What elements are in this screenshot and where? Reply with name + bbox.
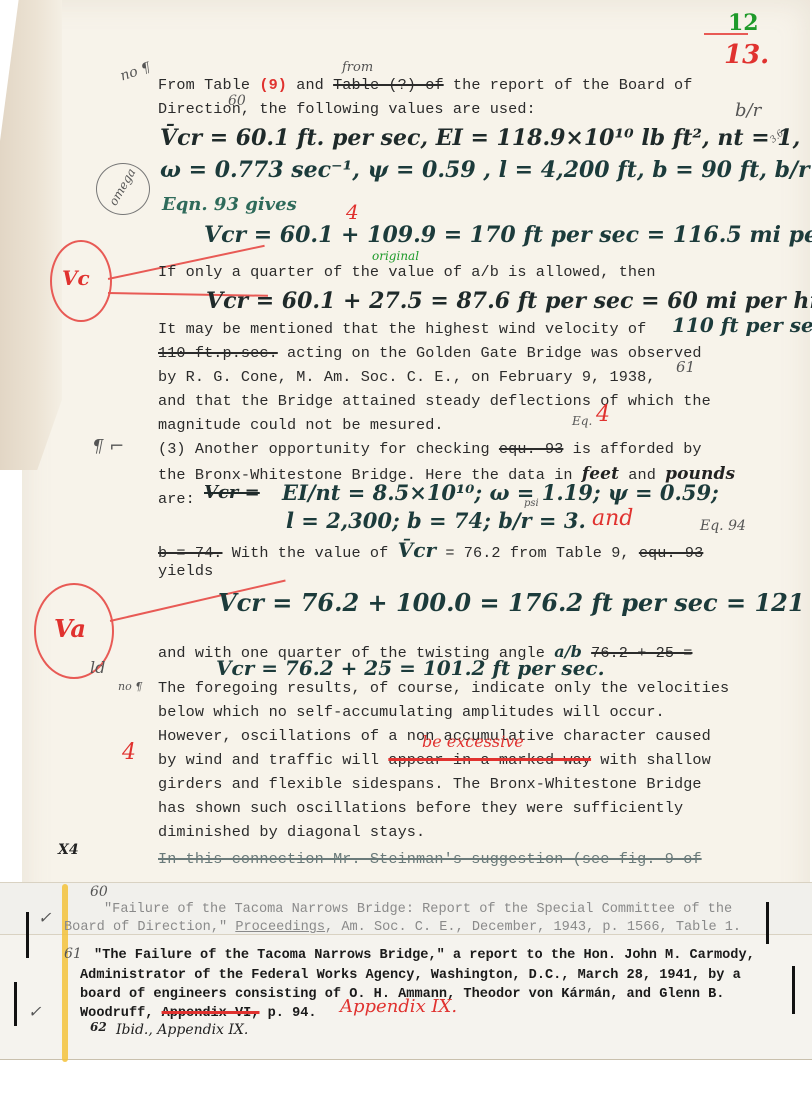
margin-note-no-paragraph-2: no ¶	[118, 680, 142, 693]
para-3-line-3-label: are:	[158, 490, 195, 508]
page-fold-shadow	[0, 0, 62, 470]
insert-and: and	[592, 506, 633, 531]
equation-2: ω = 0.773 sec⁻¹, ψ = 0.59 , l = 4,200 ft…	[160, 157, 812, 183]
text: With the value of	[223, 544, 398, 562]
text: (3) Another opportunity for checking	[158, 440, 499, 458]
insert-original: original	[372, 249, 419, 263]
text: by wind and traffic will	[158, 751, 388, 769]
equation-bronx-2: l = 2,300; b = 74; b/r = 3.	[286, 508, 586, 533]
struck-text: equ. 93	[499, 440, 564, 458]
para-however-2: by wind and traffic will appear in a mar…	[158, 751, 711, 769]
struck-text: 76.2 + 25 =	[591, 644, 692, 662]
body-line-1: From Table (9) and Table (?) of the repo…	[158, 76, 692, 94]
para-however-5: diminished by diagonal stays.	[158, 823, 425, 841]
fn61-insert-appendix: Appendix IX.	[340, 996, 457, 1017]
text: Board of Direction,"	[64, 920, 235, 935]
text: value of a/b is allowed, then	[379, 263, 655, 281]
para-quarter: If only a quarter of the value of a/b is…	[158, 263, 656, 281]
equation-6: Vcr = 76.2 + 25 = 101.2 ft per sec.	[216, 656, 605, 680]
para-wind-3: by R. G. Cone, M. Am. Soc. C. E., on Feb…	[158, 368, 656, 386]
check-mark-1: ✓	[38, 908, 51, 927]
text: Woodruff,	[80, 1006, 162, 1021]
fn61-line-1: "The Failure of the Tacoma Narrows Bridg…	[94, 948, 755, 963]
margin-note-ld: ld	[90, 658, 105, 677]
yellow-highlight-bar	[62, 884, 68, 1062]
para-however-4: has shown such oscillations before they …	[158, 799, 683, 817]
fn60-mark: 60	[90, 884, 108, 900]
text: p. 94.	[259, 1006, 316, 1021]
para-wind-2: 110 ft.p.sec. acting on the Golden Gate …	[158, 344, 702, 362]
para-foregoing-2: below which no self-accumulating amplitu…	[158, 703, 665, 721]
struck-text: equ. 93	[639, 544, 704, 562]
left-bracket-2	[14, 982, 17, 1026]
struck-text: Table (?) of	[333, 76, 444, 94]
insert-be-excessive: be excessive	[422, 732, 524, 751]
margin-note-x4: X4	[58, 842, 79, 858]
text: From Table	[158, 76, 259, 94]
para-wind-5: magnitude could not be mesured.	[158, 416, 444, 434]
para-3-line-1: (3) Another opportunity for checking equ…	[158, 440, 702, 458]
equation-2-label: Eqn. 93 gives	[162, 194, 297, 215]
para-however-3: girders and flexible sidespans. The Bron…	[158, 775, 702, 793]
left-bracket-1	[26, 912, 29, 958]
proceedings-title: Proceedings	[235, 920, 325, 935]
footnote-mark-61: 61	[676, 358, 695, 376]
equation-1: V̄cr = 60.1 ft. per sec, EI = 118.9×10¹⁰…	[160, 125, 800, 151]
red-4-note: 4	[346, 200, 359, 224]
text: acting on the Golden Gate Bridge was obs…	[278, 344, 702, 362]
psi-note: psi	[524, 498, 539, 509]
margin-note-gt: ¶ ⌐	[92, 436, 124, 457]
body-line-2: Direction, the following values are used…	[158, 100, 536, 118]
para-foregoing-1: The foregoing results, of course, indica…	[158, 679, 729, 697]
equation-3: Vcr = 60.1 + 109.9 = 170 ft per sec = 11…	[204, 222, 812, 248]
para-wind-4: and that the Bridge attained steady defl…	[158, 392, 711, 410]
para-wind-1: It may be mentioned that the highest win…	[158, 320, 646, 338]
margin-note-red-4: 4	[122, 740, 136, 765]
equation-bronx-1: EI/nt = 8.5×10¹⁰; ω = 1.19; ψ = 0.59;	[282, 480, 719, 505]
text: , Am. Soc. C. E., December, 1943, p. 156…	[325, 920, 741, 935]
right-bracket-2	[792, 966, 795, 1014]
right-bracket-1	[766, 902, 769, 944]
equation-4: Vcr = 60.1 + 27.5 = 87.6 ft per sec = 60…	[206, 288, 812, 314]
fn61-mark: 61	[64, 946, 82, 962]
fn62-mark: 62	[90, 1020, 107, 1034]
fn60-line-2: Board of Direction," Proceedings, Am. So…	[64, 920, 741, 935]
var-vcr: V̄cr	[398, 538, 437, 562]
eq-94-note: Eq. 94	[700, 518, 746, 534]
red-4-mid: 4	[596, 402, 610, 427]
margin-note-vc: Vc	[62, 266, 90, 290]
table-ref: (9)	[259, 76, 287, 94]
struck-text: 110 ft.p.sec.	[158, 344, 278, 362]
eq-note: Eq.	[572, 414, 592, 428]
fn61-line-4: Woodruff, Appendix VI, p. 94.	[80, 1006, 317, 1021]
struck-vcr: Vcr =	[204, 482, 260, 503]
margin-note-b-over-r: b/r	[735, 100, 761, 121]
text: If only a quarter of the	[158, 263, 379, 281]
struck-text: b = 74.	[158, 544, 223, 562]
hand-110-ft: 110 ft per sec,	[672, 313, 812, 337]
insert-from: from	[342, 60, 373, 75]
text: the report of the Board of	[444, 76, 693, 94]
page-number-new: 13.	[724, 40, 769, 70]
text: = 76.2 from Table 9,	[436, 544, 639, 562]
text: It may be mentioned that the highest win…	[158, 320, 646, 338]
red-strike-mark	[704, 33, 748, 35]
margin-note-va: Va	[54, 614, 86, 643]
text: is afforded by	[563, 440, 701, 458]
struck-text: appear in a marked way	[388, 751, 591, 769]
text: with shallow	[591, 751, 711, 769]
fn61-line-2: Administrator of the Federal Works Agenc…	[80, 968, 741, 983]
para-3-line-5: b = 74. With the value of V̄cr = 76.2 fr…	[158, 538, 703, 562]
struck-paragraph: In this connection Mr. Steinman's sugges…	[158, 850, 702, 868]
fn62-text: Ibid., Appendix IX.	[116, 1022, 248, 1038]
equation-5: Vcr = 76.2 + 100.0 = 176.2 ft per sec = …	[218, 588, 812, 617]
para-3-line-6: yields	[158, 562, 213, 580]
struck-text: Appendix VI,	[162, 1006, 260, 1021]
fn60-line-1: "Failure of the Tacoma Narrows Bridge: R…	[104, 902, 732, 917]
check-mark-2: ✓	[28, 1002, 41, 1021]
footnote-mark-60: 60	[228, 93, 246, 109]
text: and	[287, 76, 333, 94]
